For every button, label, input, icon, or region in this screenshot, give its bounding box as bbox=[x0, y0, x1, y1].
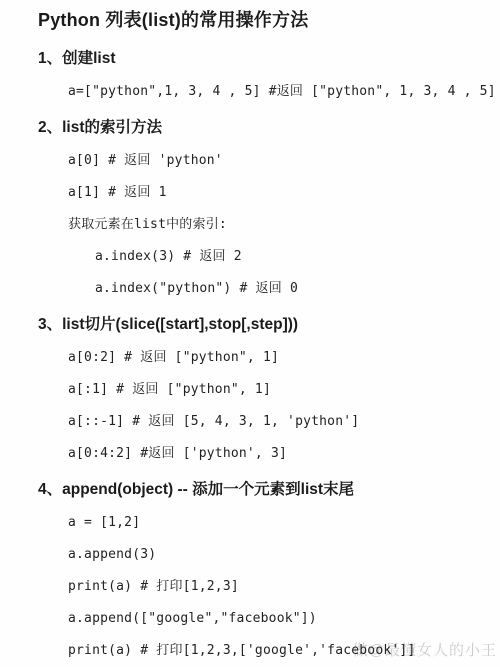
code-line: print(a) # 打印[1,2,3] bbox=[68, 578, 500, 596]
code-line: a[::-1] # 返回 [5, 4, 3, 1, 'python'] bbox=[68, 413, 500, 431]
section-heading-index-method: 2、list的索引方法 bbox=[38, 118, 500, 138]
page-title: Python 列表(list)的常用操作方法 bbox=[38, 9, 500, 32]
code-line: a.append(["google","facebook"]) bbox=[68, 610, 500, 628]
document-content: Python 列表(list)的常用操作方法 1、创建list a=["pyth… bbox=[0, 0, 500, 660]
section-heading-slice: 3、list切片(slice([start],stop[,step])) bbox=[38, 315, 500, 335]
code-line: a[0:4:2] #返回 ['python', 3] bbox=[68, 445, 500, 463]
code-line: a[0:2] # 返回 ["python", 1] bbox=[68, 349, 500, 367]
code-line: a[:1] # 返回 ["python", 1] bbox=[68, 381, 500, 399]
code-line: print(a) # 打印[1,2,3,['google','facebook'… bbox=[68, 642, 500, 660]
code-line: a.append(3) bbox=[68, 546, 500, 564]
document-page: { "title": "Python 列表(list)的常用操作方法", "wa… bbox=[0, 0, 500, 667]
section-heading-create-list: 1、创建list bbox=[38, 49, 500, 69]
code-line: 获取元素在list中的索引: bbox=[68, 216, 500, 234]
code-line: a=["python",1, 3, 4 , 5] #返回 ["python", … bbox=[68, 83, 500, 101]
section-heading-append: 4、append(object) -- 添加一个元素到list末尾 bbox=[38, 480, 500, 500]
code-line: a.index("python") # 返回 0 bbox=[95, 280, 500, 298]
code-line: a = [1,2] bbox=[68, 514, 500, 532]
code-line: a[0] # 返回 'python' bbox=[68, 152, 500, 170]
code-line: a.index(3) # 返回 2 bbox=[95, 248, 500, 266]
code-line: a[1] # 返回 1 bbox=[68, 184, 500, 202]
